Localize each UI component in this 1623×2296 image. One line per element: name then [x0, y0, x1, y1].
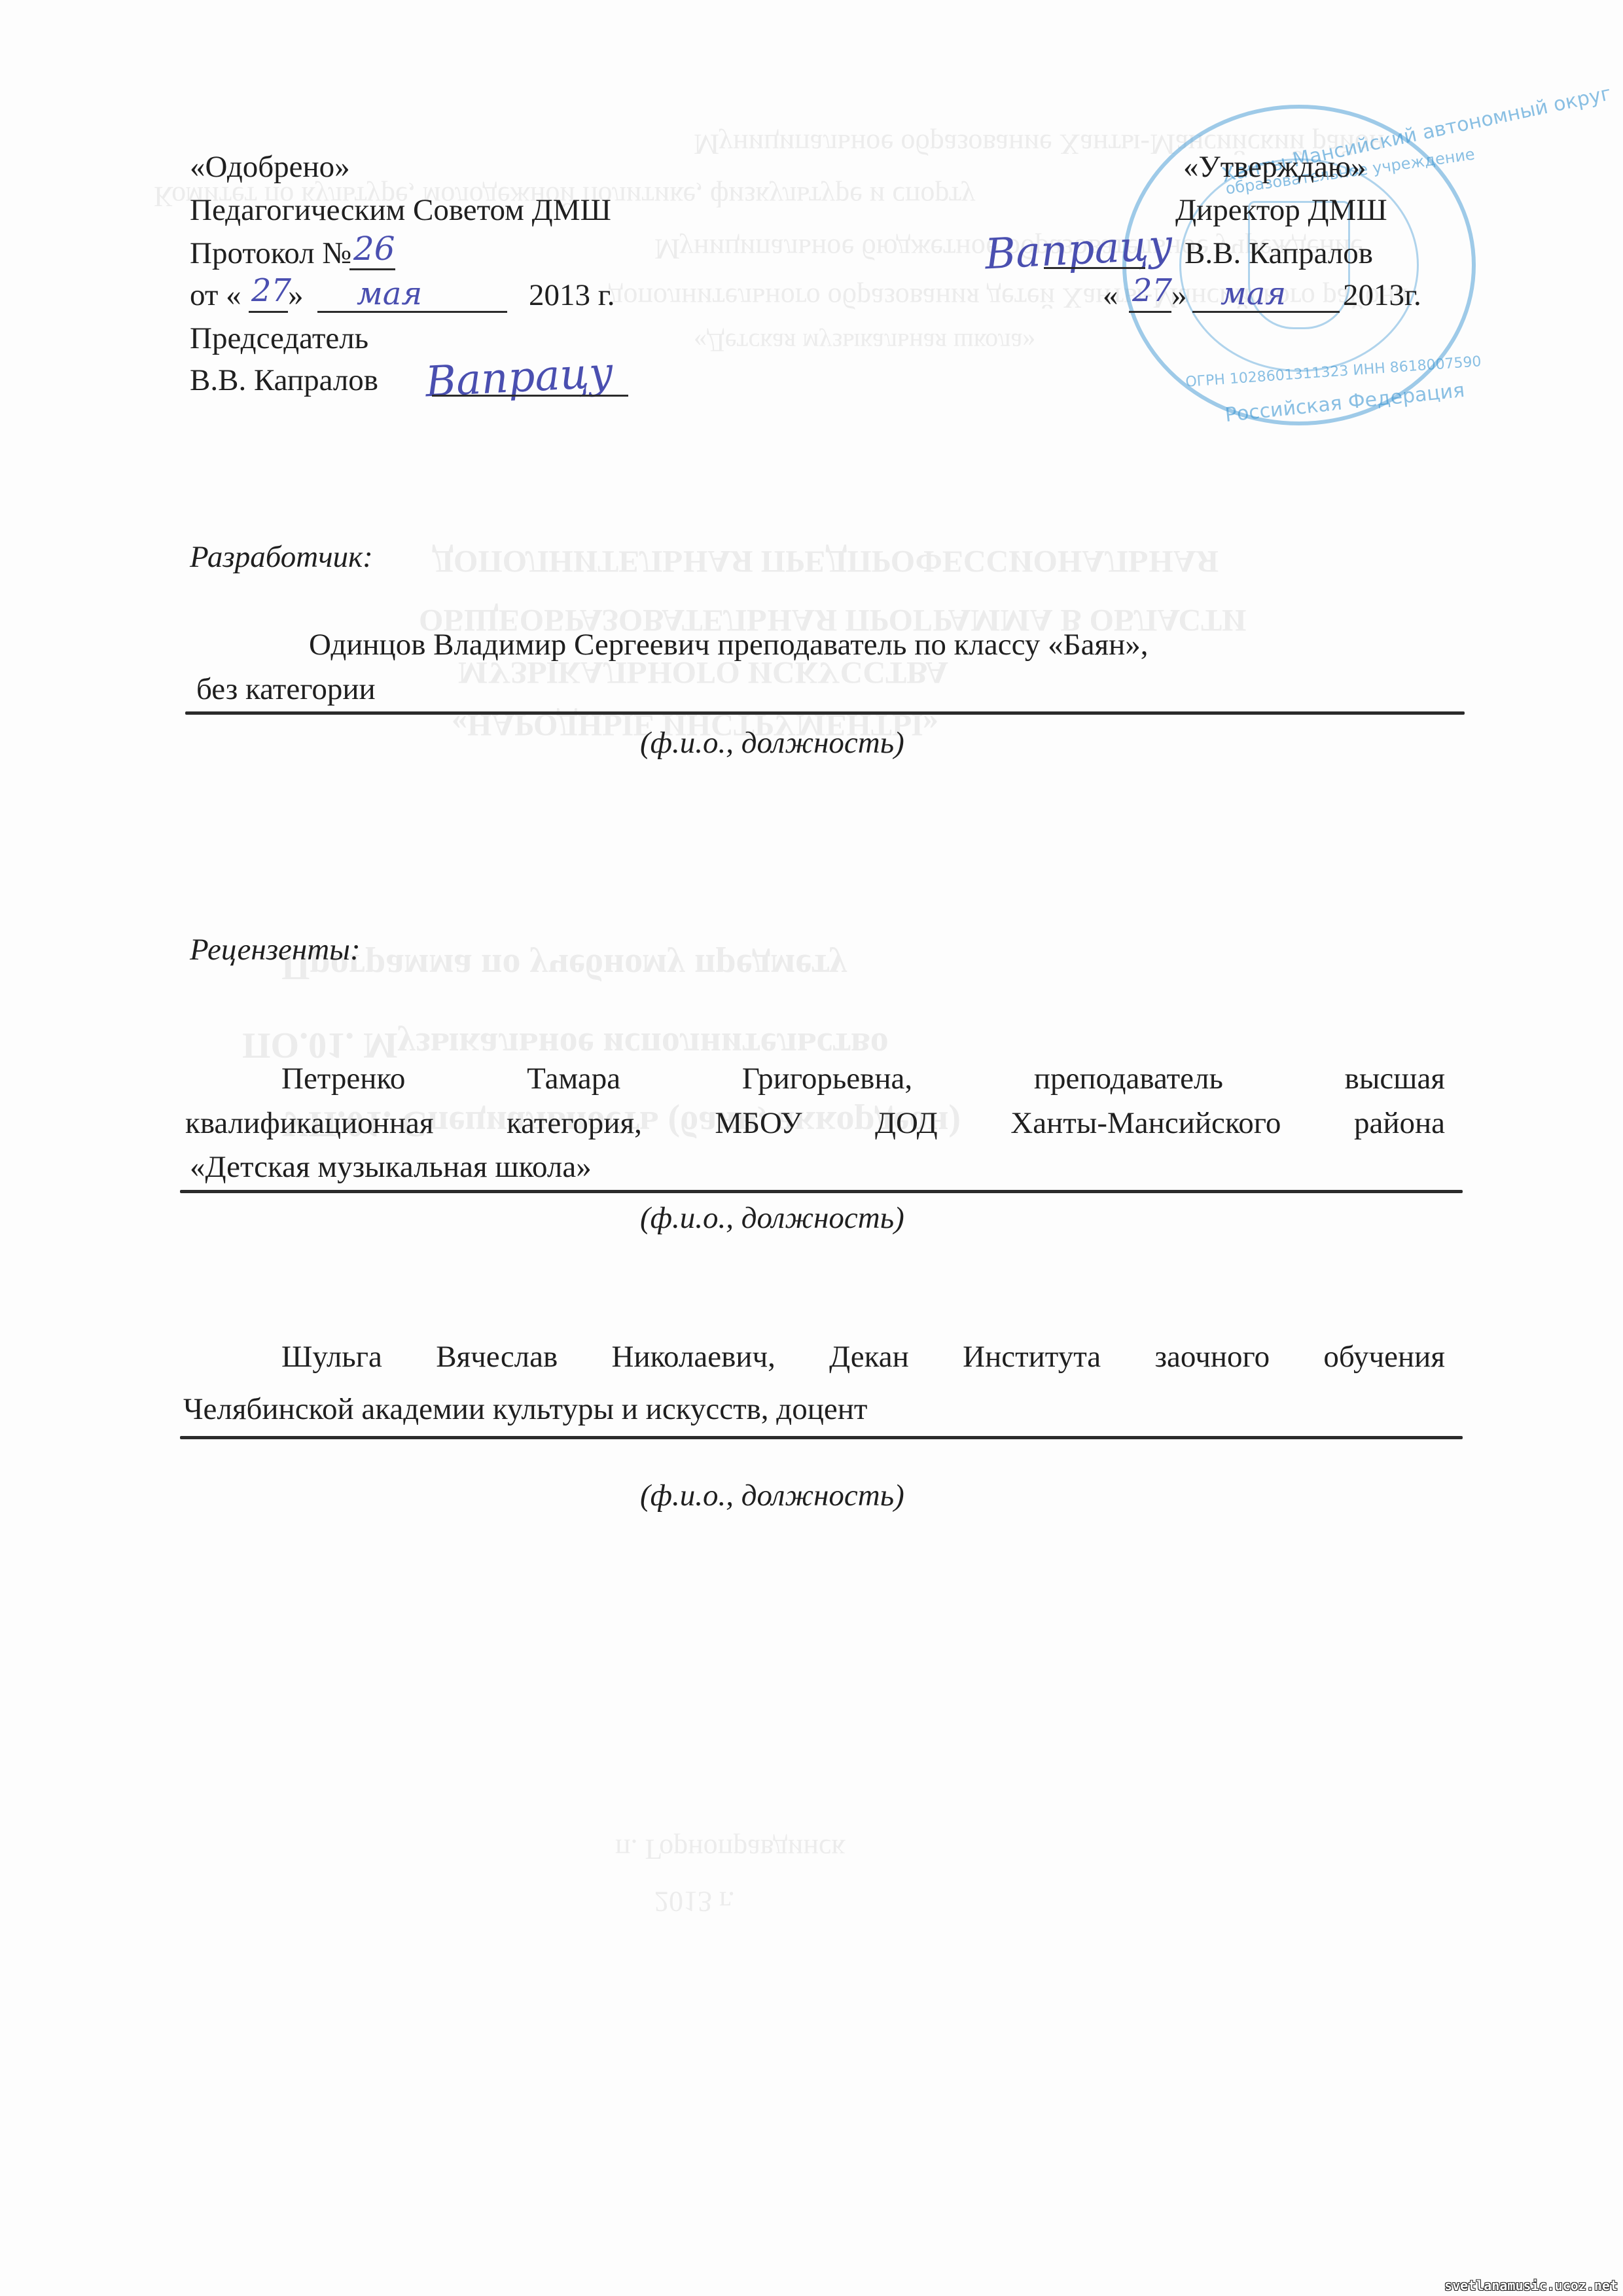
- word: Ханты-Мансийского: [1010, 1108, 1281, 1139]
- word: Николаевич,: [612, 1342, 776, 1372]
- reviewer-2-caption: (ф.и.о., должность): [640, 1480, 904, 1511]
- stamp-bottom-text: Российская Федерация: [1224, 379, 1466, 427]
- chair-signature-underline: [432, 395, 628, 397]
- word: МБОУ: [715, 1108, 802, 1139]
- reviewer-1-line-3: «Детская музыкальная школа»: [190, 1152, 592, 1183]
- date-day-underline: [249, 311, 288, 313]
- chair-label: Председатель: [190, 323, 368, 354]
- word: района: [1354, 1108, 1445, 1139]
- bleed-through-text: п. Горноправдинск: [615, 1833, 846, 1866]
- bleed-through-text: «Детская музыкальная школа»: [694, 327, 1035, 358]
- word: квалификационная: [185, 1108, 433, 1139]
- date-day-handwritten: 27: [251, 275, 291, 306]
- approved-title: «Одобрено»: [190, 152, 350, 183]
- right-date-close-quote: »: [1171, 280, 1187, 311]
- pedagogical-council-label: Педагогическим Советом ДМШ: [190, 195, 611, 226]
- reviewer-2-line-1: Шульга Вячеслав Николаевич, Декан Инстит…: [281, 1342, 1445, 1372]
- scanned-document-page: Муниципальное образование Ханты-Мансийск…: [0, 0, 1623, 2296]
- reviewers-heading: Рецензенты:: [190, 935, 361, 965]
- protocol-label: Протокол №: [190, 238, 351, 269]
- developer-caption: (ф.и.о., должность): [640, 728, 904, 759]
- date-prefix: от «: [190, 280, 241, 311]
- word: Григорьевна,: [742, 1064, 912, 1094]
- site-watermark: svetlanamusic.ucoz.net: [1444, 2278, 1618, 2293]
- developer-line-2: без категории: [196, 674, 376, 705]
- word: Шульга: [281, 1342, 382, 1372]
- right-date-open-quote: «: [1103, 280, 1118, 311]
- reviewer-1-signature-line: [180, 1190, 1463, 1193]
- developer-heading: Разработчик:: [190, 542, 373, 573]
- word: заочного: [1154, 1342, 1270, 1372]
- protocol-number-handwritten: 26: [353, 232, 395, 265]
- director-position: Директор ДМШ: [1175, 195, 1387, 226]
- protocol-number-underline: [349, 268, 395, 270]
- date-year: 2013 г.: [529, 280, 615, 311]
- bleed-through-text: Программа по учебному предмету: [281, 946, 847, 988]
- word: ДОД: [875, 1108, 938, 1139]
- approve-title: «Утверждаю»: [1183, 152, 1366, 183]
- bleed-through-text: ДОПОЛНИТЕЛЬНАЯ ПРЕДПРОФЕССИОНАЛЬНАЯ: [432, 543, 1219, 579]
- reviewer-2-line-2: Челябинской академии культуры и искусств…: [183, 1394, 867, 1425]
- right-date-month-underline: [1192, 311, 1340, 313]
- date-day-close-quote: »: [288, 280, 304, 311]
- word: Института: [963, 1342, 1101, 1372]
- director-name: В.В. Капралов: [1185, 238, 1373, 269]
- word: Вячеслав: [436, 1342, 558, 1372]
- right-date-year: 2013г.: [1343, 280, 1421, 311]
- word: категория,: [507, 1108, 642, 1139]
- word: преподаватель: [1034, 1064, 1223, 1094]
- date-month-underline: [317, 311, 507, 313]
- word: обучения: [1323, 1342, 1445, 1372]
- right-date-month-handwritten: мая: [1221, 278, 1286, 310]
- bleed-through-text: 2013 г.: [654, 1885, 735, 1918]
- word: высшая: [1345, 1064, 1445, 1094]
- word: Петренко: [281, 1064, 405, 1094]
- developer-signature-line: [185, 711, 1465, 715]
- date-month-handwritten: мая: [357, 278, 422, 310]
- reviewer-1-line-1: Петренко Тамара Григорьевна, преподавате…: [281, 1064, 1445, 1094]
- bleed-through-text: ПО.01. Музыкальное исполнительство: [242, 1024, 889, 1066]
- developer-line-1: Одинцов Владимир Сергеевич преподаватель…: [309, 630, 1149, 660]
- reviewer-2-signature-line: [180, 1436, 1463, 1439]
- reviewer-1-line-2: квалификационная категория, МБОУ ДОД Хан…: [185, 1108, 1445, 1139]
- word: Тамара: [527, 1064, 620, 1094]
- director-signature-underline: [1044, 267, 1145, 269]
- word: Декан: [829, 1342, 909, 1372]
- reviewer-1-caption: (ф.и.о., должность): [640, 1203, 904, 1234]
- chair-name: В.В. Капралов: [190, 365, 378, 396]
- right-date-day-handwritten: 27: [1132, 275, 1172, 306]
- right-date-day-underline: [1129, 311, 1171, 313]
